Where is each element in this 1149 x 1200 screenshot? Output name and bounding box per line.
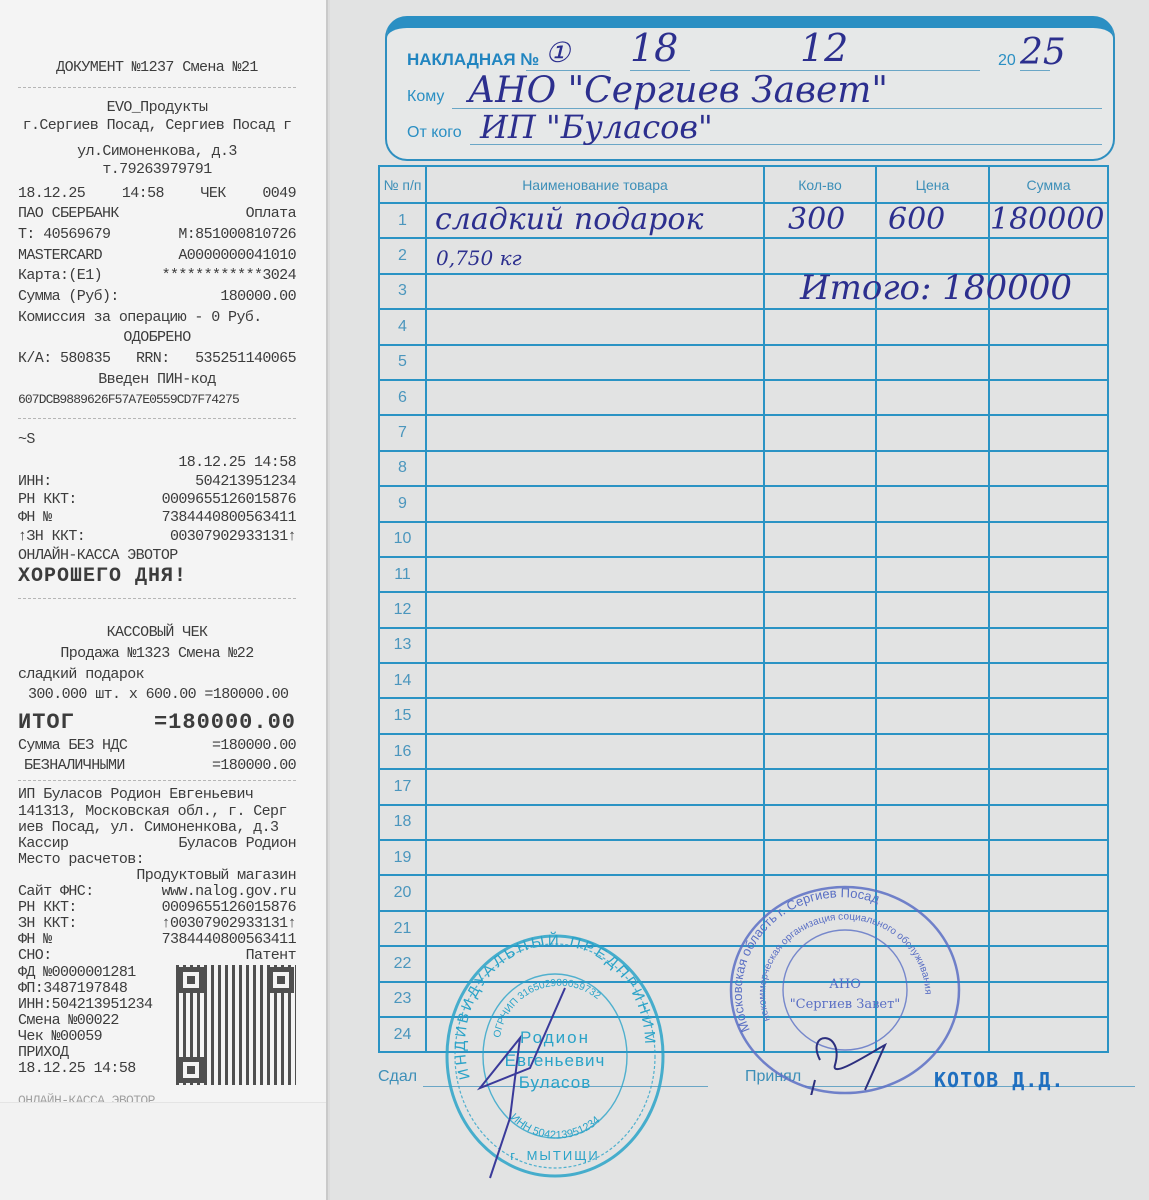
cell-price [876,769,989,804]
sale-number: Продажа №1323 Смена №22 [18,646,296,662]
table-row: 16 [379,734,1108,769]
fns-site-row: Сайт ФНС: www.nalog.gov.ru [18,884,296,900]
cell-qty [764,380,876,415]
card-number-row: Карта:(E1) ************3024 [18,268,296,284]
total-row: ИТОГ =180000.00 [18,712,296,734]
cell-name [426,663,764,698]
cell-price [876,698,989,733]
cell-number: 19 [379,840,426,875]
invoice-number: ① [545,36,570,69]
approval-status: ОДОБРЕНО [18,330,296,346]
cell-name [426,557,764,592]
table-row: 18 [379,805,1108,840]
fiscal-datetime: 18.12.25 14:58 [18,455,296,471]
cell-sum [989,663,1108,698]
date-time-row: 18.12.25 14:58 ЧЕК 0049 [18,186,296,202]
table-row: 15 [379,698,1108,733]
cell-price [876,309,989,344]
cell-qty [764,451,876,486]
svg-text:Евгеньевич: Евгеньевич [505,1051,606,1070]
cell-sum [989,592,1108,627]
table-row: 12 [379,592,1108,627]
sno-row: СНО: Патент [18,948,296,964]
cell-number: 15 [379,698,426,733]
cell-qty [764,663,876,698]
cell-qty [764,628,876,663]
cell-name [426,345,764,380]
cell-number: 23 [379,982,426,1017]
handed-label: Сдал [378,1068,417,1086]
cell-qty [764,345,876,380]
cell-number: 6 [379,380,426,415]
cell-name [426,415,764,450]
cell-number: 16 [379,734,426,769]
cell-name [426,805,764,840]
cell-qty [764,592,876,627]
sum-row: Сумма (Руб): 180000.00 [18,289,296,305]
cell-name [426,769,764,804]
svg-text:ИНН 504213951234: ИНН 504213951234 [508,1111,603,1141]
transaction-hash: 607DCB9889626F57A7E0559CD7F74275 [18,392,296,408]
cell-number: 11 [379,557,426,592]
divider [18,598,296,599]
cell-price [876,663,989,698]
table-row: 13 [379,628,1108,663]
place-value: Продуктовый магазин [18,868,296,884]
seller-address-1: 141313, Московская обл., г. Серг [18,804,296,820]
table-row: 11 [379,557,1108,592]
cell-sum [989,698,1108,733]
svg-text:Буласов: Буласов [519,1073,591,1092]
document-header: ДОКУМЕНТ №1237 Смена №21 [18,60,296,76]
cell-sum [989,875,1108,910]
cell-qty [764,805,876,840]
svg-text:"Сергиев Завет": "Сергиев Завет" [790,997,901,1012]
store-name: EVO_Продукты [18,100,296,116]
cell-price [876,840,989,875]
cell-name [426,734,764,769]
divider [18,418,296,419]
cell-price [876,380,989,415]
cell-price [876,415,989,450]
signature-mark: ~S [18,432,296,448]
item-weight-handwritten: 0,750 кг [436,246,522,270]
cell-sum [989,309,1108,344]
table-row: 17 [379,769,1108,804]
item-qty-handwritten: 300 [788,202,845,237]
col-header-qty: Кол-во [764,166,876,203]
seller-name: ИП Буласов Родион Евгеньевич [18,787,296,803]
cell-sum [989,805,1108,840]
cell-number: 8 [379,451,426,486]
fn-row: ФН № 7384440800563411 [18,510,296,526]
cell-name [426,592,764,627]
invoice-form: НАКЛАДНАЯ № ① 18 12 20 25 Кому АНО "Серг… [330,0,1149,1200]
table-header-row: № п/п Наименование товара Кол-во Цена Су… [379,166,1108,203]
cell-price [876,486,989,521]
no-vat-row: Сумма БЕЗ НДС =180000.00 [18,738,296,754]
col-header-number: № п/п [379,166,426,203]
qr-code-icon [176,965,296,1085]
card-type-row: MASTERCARD А0000000041010 [18,248,296,264]
terminal-row: Т: 40569679 М:851000810726 [18,227,296,243]
col-header-sum: Сумма [989,166,1108,203]
cell-name [426,309,764,344]
bank-row: ПАО СБЕРБАНК Оплата [18,206,296,222]
seller-address-2: иев Посад, ул. Симоненкова, д.3 [18,820,296,836]
cell-name [426,628,764,663]
cell-sum [989,628,1108,663]
cell-number: 20 [379,875,426,910]
cell-name [426,486,764,521]
cell-number: 18 [379,805,426,840]
from-label: От кого [407,124,462,142]
cell-sum [989,734,1108,769]
store-phone: т.79263979791 [18,162,296,178]
cell-price [876,628,989,663]
cell-number: 24 [379,1017,426,1052]
cell-number: 1 [379,203,426,238]
svg-text:г. МЫТИЩИ: г. МЫТИЩИ [510,1148,600,1163]
cell-price [876,345,989,380]
cell-price [876,805,989,840]
cell-name [426,875,764,910]
item-line: 300.000 шт. x 600.00 =180000.00 [18,687,296,703]
divider [18,87,296,88]
cell-qty [764,840,876,875]
cell-qty [764,557,876,592]
from-value: ИП "Буласов" [480,108,713,146]
cell-sum [989,982,1108,1017]
cell-price [876,522,989,557]
divider [18,780,296,781]
cell-sum [989,380,1108,415]
cell-sum [989,415,1108,450]
zn-kkt-row-2: ЗН ККТ: ↑00307902933131↑ [18,916,296,932]
cell-number: 9 [379,486,426,521]
cell-number: 5 [379,345,426,380]
cell-sum [989,911,1108,946]
cell-qty [764,309,876,344]
cell-name [426,522,764,557]
cell-name [426,380,764,415]
cell-sum [989,557,1108,592]
auth-row: К/А: 580835 RRN: 535251140065 [18,351,296,367]
item-price-handwritten: 600 [888,202,945,237]
cell-number: 3 [379,274,426,309]
cashbox-name: ОНЛАЙН-КАССА ЭВОТОР [18,548,296,564]
commission: Комиссия за операцию - 0 Руб. [18,310,296,326]
zn-kkt-row: ↑ЗН ККТ: 00307902933131↑ [18,529,296,545]
cell-sum [989,522,1108,557]
cell-sum [989,345,1108,380]
col-header-price: Цена [876,166,989,203]
table-row: 5 [379,345,1108,380]
invoice-day: 18 [630,26,678,70]
cell-number: 22 [379,946,426,981]
table-row: 19 [379,840,1108,875]
cash-register-receipt: ДОКУМЕНТ №1237 Смена №21 EVO_Продукты г.… [0,0,328,1200]
to-value: АНО "Сергиев Завет" [468,70,888,111]
pin-entered: Введен ПИН-код [18,372,296,388]
cell-number: 4 [379,309,426,344]
table-row: 8 [379,451,1108,486]
item-name-handwritten: сладкий подарок [435,202,703,237]
fn-row-2: ФН № 7384440800563411 [18,932,296,948]
invoice-month: 12 [800,26,848,70]
year-prefix: 20 [998,52,1016,70]
col-header-name: Наименование товара [426,166,764,203]
table-row: 7 [379,415,1108,450]
table-row: 10 [379,522,1108,557]
greeting: ХОРОШЕГО ДНЯ! [18,566,296,588]
rn-kkt-row-2: РН ККТ: 0009655126015876 [18,900,296,916]
table-row: 9 [379,486,1108,521]
svg-text:АНО: АНО [829,977,861,992]
cell-price [876,734,989,769]
cash-receipt-title: КАССОВЫЙ ЧЕК [18,625,296,641]
buyer-signature [805,1038,885,1095]
cell-price [876,451,989,486]
cell-sum [989,946,1108,981]
cell-qty [764,415,876,450]
item-sum-handwritten: 180000 [990,202,1105,237]
cell-number: 10 [379,522,426,557]
cell-qty [764,698,876,733]
buyer-stamp: Московская область г. Сергиев Посад неко… [725,880,965,1095]
cell-sum [989,769,1108,804]
inn-row: ИНН: 504213951234 [18,474,296,490]
cell-qty [764,486,876,521]
cell-number: 2 [379,238,426,273]
cell-sum [989,1017,1108,1052]
receipt-tear-edge [0,1102,326,1200]
place-label: Место расчетов: [18,852,296,868]
cell-qty [764,769,876,804]
cell-qty [764,522,876,557]
item-name: сладкий подарок [18,667,296,683]
year-suffix: 25 [1020,32,1066,73]
cell-qty [764,734,876,769]
cashless-row: БЕЗНАЛИЧНЫМИ =180000.00 [18,758,296,774]
cell-price [876,557,989,592]
cell-number: 13 [379,628,426,663]
store-address-2: ул.Симоненкова, д.3 [18,144,296,160]
cell-number: 12 [379,592,426,627]
cell-number: 17 [379,769,426,804]
cell-number: 21 [379,911,426,946]
cell-sum [989,451,1108,486]
total-handwritten: Итого: 180000 [800,268,1072,308]
cell-name [426,451,764,486]
cashier-row: Кассир Буласов Родион [18,836,296,852]
store-address-1: г.Сергиев Посад, Сергиев Посад г [18,118,296,134]
cell-price [876,592,989,627]
cell-name [426,840,764,875]
to-label: Кому [407,88,444,106]
cell-name [426,274,764,309]
svg-text:Родион: Родион [520,1028,590,1047]
invoice-title-label: НАКЛАДНАЯ № [407,50,539,70]
rn-kkt-row: РН ККТ: 0009655126015876 [18,492,296,508]
cell-sum [989,840,1108,875]
table-row: 6 [379,380,1108,415]
seller-stamp: ИНДИВИДУАЛЬНЫЙ ПРЕДПРИНИМАТЕЛЬ ОГРНИП 31… [440,928,670,1183]
table-row: 14 [379,663,1108,698]
svg-text:Московская область г. Сергиев: Московская область г. Сергиев Посад [730,885,882,1034]
cell-sum [989,486,1108,521]
table-row: 4 [379,309,1108,344]
cell-number: 14 [379,663,426,698]
cell-name [426,698,764,733]
cell-number: 7 [379,415,426,450]
